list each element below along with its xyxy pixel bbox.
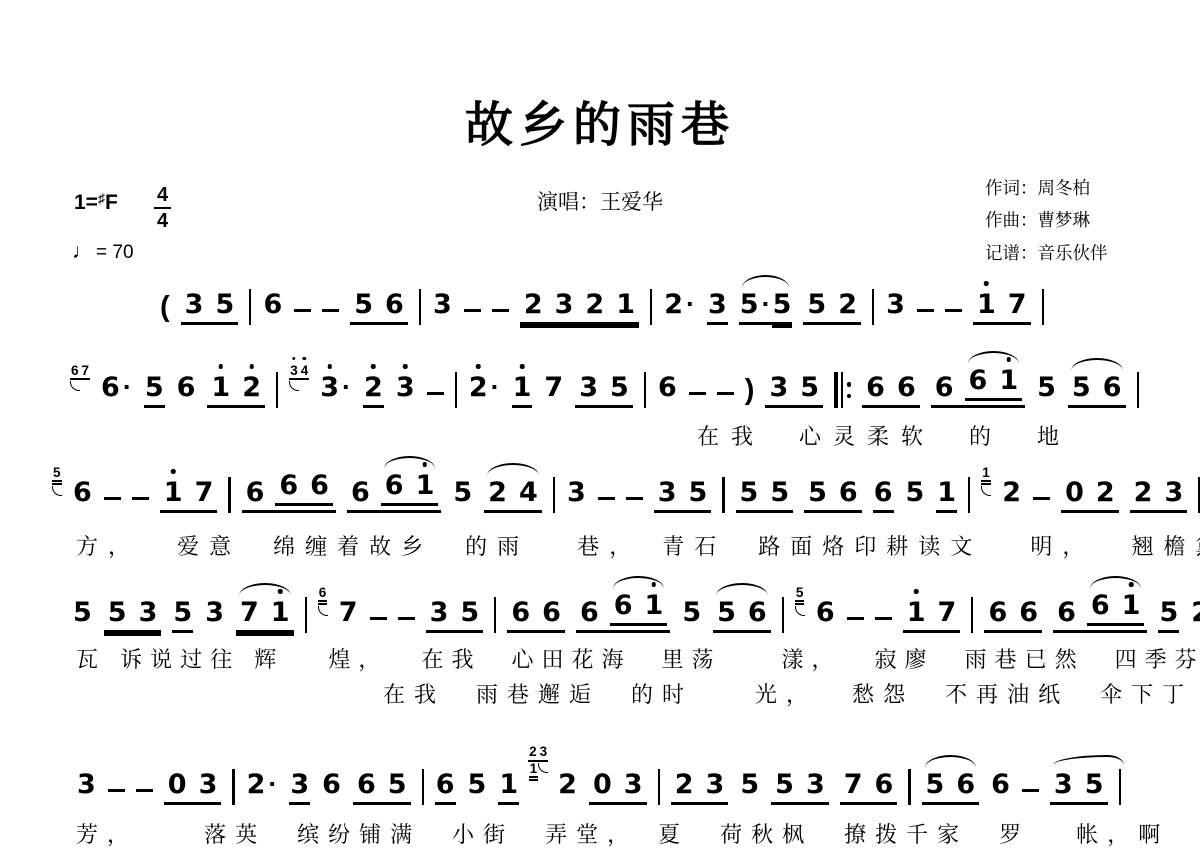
note: 2· <box>468 374 501 408</box>
note: 3 <box>578 374 599 401</box>
note-digit: 1 <box>1122 592 1141 619</box>
barline <box>232 769 234 805</box>
note: 6 <box>815 599 836 633</box>
beam-group: 2321 <box>520 291 639 325</box>
octave-dot <box>278 589 283 594</box>
note-digit: 3 <box>139 599 158 626</box>
grace-note: 1 <box>982 466 990 480</box>
note: 6 <box>541 599 562 626</box>
note: 6 <box>613 592 634 619</box>
note-digit: 2 <box>675 771 694 798</box>
note-digit: 5 <box>173 599 192 626</box>
lyricist-credit: 作词：周冬柏 <box>985 172 1108 204</box>
note: 7 <box>937 599 958 626</box>
note: 5 <box>739 479 760 506</box>
note: 5 <box>739 771 760 805</box>
note: 3 <box>1163 479 1184 506</box>
song-title: 故乡的雨巷 <box>0 86 1200 155</box>
augmentation-dot: · <box>491 374 500 401</box>
slur-group: 56 <box>1068 374 1126 408</box>
beam-group: 17 <box>903 599 961 633</box>
grace-note-stack: 231 <box>528 745 548 781</box>
note-digit: 6 <box>988 599 1007 626</box>
lyrics-line-2: 方， 爱意 绵缠着故乡 的雨 巷， 青石 路面烙印耕读文 明， 翘檐黛 <box>76 530 1200 561</box>
dash-extension <box>1033 497 1050 500</box>
beam-group: 61 <box>965 367 1023 401</box>
note: 7 <box>239 599 260 626</box>
note: 1 <box>1121 592 1142 619</box>
fraction-line <box>154 207 171 209</box>
note-digit: 5 <box>770 479 789 506</box>
beam-group: 02 <box>1061 479 1119 513</box>
beam-group: 56 <box>1068 374 1126 408</box>
note-digit: 6 <box>839 479 858 506</box>
grace-hook <box>289 381 299 391</box>
note-digit: 6 <box>310 472 329 499</box>
barline <box>1119 769 1121 805</box>
note: 5 <box>799 374 820 401</box>
grace-note: 5 <box>53 466 61 480</box>
note: 3 <box>395 374 416 408</box>
note: 5 <box>681 599 702 633</box>
dash-extension <box>464 309 481 312</box>
note: 1 <box>998 367 1019 394</box>
parenthesis: ) <box>745 376 755 405</box>
note: 7 <box>338 599 359 633</box>
beam-group: 53 <box>771 771 829 805</box>
grace-note: 6 <box>319 586 327 600</box>
note: 5 <box>1071 374 1092 401</box>
note: 6 <box>990 771 1011 805</box>
note-digit: 6 <box>73 479 92 506</box>
note-digit: 5 <box>906 479 925 506</box>
note-digit: 1 <box>645 592 664 619</box>
note: 6 <box>657 374 678 408</box>
note-digit: 5 <box>773 291 792 318</box>
note-digit: 5 <box>1085 771 1104 798</box>
grace-digits: 5 <box>52 466 62 486</box>
dash-extension <box>398 617 415 620</box>
octave-dot <box>423 462 428 467</box>
note: 3 <box>566 479 587 513</box>
note-digit: 6 <box>177 374 196 401</box>
note-digit: 5 <box>1159 599 1178 626</box>
note-digit: 6 <box>357 771 376 798</box>
dash-extension <box>717 392 734 395</box>
note: 6 <box>350 479 371 506</box>
note-digit: 6 <box>897 374 916 401</box>
note: 1 <box>512 374 533 408</box>
beam-group: 66 <box>275 472 333 506</box>
note: 0 <box>167 771 188 798</box>
notation-line-4: 55353716735666615565617666615234 <box>72 589 1200 633</box>
note: 2 <box>1001 479 1022 513</box>
note-digit: 2 <box>1002 479 1021 506</box>
beam-group: 17 <box>160 479 218 513</box>
note: 5 <box>806 291 827 318</box>
grace-hook <box>70 381 80 391</box>
note-digit: 6 <box>816 599 835 626</box>
sheet-music-page: 故乡的雨巷 演唱：王爱华 作词：周冬柏 作曲：曹梦琳 记谱：音乐伙伴 1=♯F … <box>0 0 1200 850</box>
dash-extension <box>132 497 149 500</box>
grace-digits: 1 <box>981 466 991 486</box>
beam-group: 66 <box>984 599 1042 633</box>
beam-group: 55 <box>736 479 794 513</box>
note: 6 <box>865 374 886 401</box>
repeat-dots <box>847 382 852 398</box>
note: 3 <box>289 771 310 805</box>
note-digit: 6 <box>246 479 265 506</box>
note: 3 <box>138 599 159 626</box>
beam-group: 66 <box>862 374 920 408</box>
note-digit: 6 <box>1091 592 1110 619</box>
beam-group: 56 <box>713 599 771 633</box>
note-digit: 1 <box>616 291 635 318</box>
note: 5 <box>72 599 93 633</box>
note: 2 <box>241 374 262 401</box>
note-digit: 6 <box>1019 599 1038 626</box>
note-digit: 6 <box>1103 374 1122 401</box>
repeat-thick-bar <box>834 372 838 408</box>
dash-extension <box>626 497 643 500</box>
note-digit: 3 <box>185 291 204 318</box>
note: 2 <box>674 771 695 798</box>
note-digit: 3 <box>708 291 727 318</box>
beam-group: 76 <box>840 771 898 805</box>
note: 2 <box>1095 479 1116 506</box>
note-digit: 3 <box>706 771 725 798</box>
barline <box>249 289 251 325</box>
note-digit: 5 <box>354 291 373 318</box>
barline <box>494 597 496 633</box>
grace-note: 7 <box>82 364 90 378</box>
note: 0 <box>1064 479 1085 506</box>
octave-dot <box>984 281 989 286</box>
note: 1 <box>936 479 957 513</box>
note-digit: 3 <box>433 291 452 318</box>
dash-extension <box>847 617 864 620</box>
note: 6 <box>1018 599 1039 626</box>
note: 3 <box>623 771 644 798</box>
note: 2· <box>246 771 279 805</box>
note-digit: 2 <box>488 479 507 506</box>
barline <box>276 372 278 408</box>
augmentation-dot: · <box>268 771 277 798</box>
lyrics-line-4: 在我 雨巷邂逅 的时 光， 愁怨 不再油纸 伞下丁 <box>383 678 1193 709</box>
grace-note: 6 <box>71 364 79 378</box>
note: 5 <box>1084 771 1105 798</box>
note-digit: 3 <box>396 374 415 401</box>
note: 5 <box>459 599 480 626</box>
note: 6 <box>245 479 266 506</box>
octave-dot <box>403 364 408 369</box>
note-digit: 7 <box>240 599 259 626</box>
time-signature-top: 4 <box>157 184 168 206</box>
note-digit: 5 <box>108 599 127 626</box>
octave-dot <box>292 357 296 361</box>
octave-dot <box>914 589 919 594</box>
grace-bottom-row: 1 <box>529 762 549 782</box>
note-digit: 0 <box>593 771 612 798</box>
note-digit: 3 <box>624 771 643 798</box>
slur-group: 61 <box>1087 592 1145 626</box>
note: 1 <box>615 291 636 318</box>
note: 3 <box>805 771 826 798</box>
note: 1 <box>270 599 291 626</box>
octave-dot <box>171 469 176 474</box>
time-signature-bottom: 4 <box>157 210 168 232</box>
note-digit: 3 <box>1054 771 1073 798</box>
note-digit: 2 <box>838 291 857 318</box>
note-digit: 6 <box>263 291 282 318</box>
beam-group: 35 <box>1050 771 1108 805</box>
note: 2 <box>584 291 605 318</box>
dash-extension <box>108 789 125 792</box>
note: 3 <box>554 291 575 318</box>
beam-group: 23 <box>1130 479 1188 513</box>
slur-group: 71 <box>236 599 294 633</box>
key-letter: F <box>105 191 118 214</box>
beam-group: 71 <box>236 599 294 633</box>
note-digit: 6 <box>542 599 561 626</box>
note-digit: 6 <box>748 599 767 626</box>
note-digit: 5 <box>610 374 629 401</box>
note-digit: 5 <box>807 291 826 318</box>
note: 5 <box>353 291 374 318</box>
note: 2 <box>837 291 858 318</box>
grace-hook <box>52 486 62 496</box>
time-signature: 4 4 <box>154 184 171 232</box>
note-digit: 2 <box>469 374 488 401</box>
beam-group: 61 <box>381 472 439 506</box>
note: 5 <box>769 479 790 506</box>
beam-group: 17 <box>973 291 1031 325</box>
note-digit: 5 <box>388 771 407 798</box>
note-digit: 2 <box>1096 479 1115 506</box>
note: 5 <box>688 479 709 506</box>
note: 5 <box>609 374 630 401</box>
dash-extension <box>598 497 615 500</box>
beam-group: 56 <box>804 479 862 513</box>
composer-credit: 作曲：曹梦琳 <box>985 204 1108 236</box>
note-digit: 2 <box>364 374 383 401</box>
key-prefix: 1= <box>74 191 98 214</box>
note-digit: 1 <box>416 472 435 499</box>
beam-group: 03 <box>164 771 222 805</box>
quarter-note-icon: ♩ <box>72 240 93 263</box>
repeat-start-sign <box>834 372 851 408</box>
note: 5 <box>144 374 165 408</box>
lyrics-line-3: 瓦 诉说过往 辉 煌， 在我 心田花海 里荡 漾， 寂廖 雨巷已然 四季芬 <box>76 643 1200 674</box>
note: 6 <box>896 374 917 401</box>
lyrics-line-5: 芳， 落英 缤纷铺满 小街 弄堂， 夏 荷秋枫 撩拨千家 罗 帐，啊 <box>76 818 1169 849</box>
beam-group: 35 <box>426 599 484 633</box>
note-digit: 5 <box>73 599 92 626</box>
note-digit: 6 <box>351 479 370 506</box>
beam-group: 661 <box>931 367 1025 408</box>
note-digit: 6 <box>969 367 988 394</box>
note-digit: 6 <box>875 771 894 798</box>
grace-notes: 6 <box>318 586 328 617</box>
note-digit: 6 <box>385 291 404 318</box>
grace-notes: 34 <box>289 364 309 392</box>
note: 2 <box>363 374 384 408</box>
note: 6 <box>934 374 955 401</box>
note-digit: 5 <box>775 771 794 798</box>
notation-line-2: 676·5612343·232·17356)3566661556 <box>70 364 1139 408</box>
slur-group: 24 <box>484 479 542 513</box>
note-digit: 7 <box>938 599 957 626</box>
note-digit: 2 <box>524 291 543 318</box>
note: 3 <box>432 291 453 325</box>
note: 5 <box>172 599 193 633</box>
beam-group: 56 <box>350 291 408 325</box>
note: 6 <box>309 472 330 499</box>
note: 5 <box>774 771 795 798</box>
beam-group: 65 <box>353 771 411 805</box>
augmentation-dot: · <box>762 291 771 318</box>
note: 5 <box>1158 599 1179 633</box>
beam-group: 661 <box>576 592 670 633</box>
note: 3 <box>429 599 450 626</box>
note-digit: 3 <box>579 374 598 401</box>
grace-hook <box>318 606 328 616</box>
note-digit: 7 <box>1008 291 1027 318</box>
note-digit: 6 <box>874 479 893 506</box>
grace-digits: 34 <box>289 364 309 381</box>
note-digit: 2 <box>1191 599 1200 626</box>
augmentation-dot: · <box>686 291 695 318</box>
slur-group: 35 <box>1050 771 1108 805</box>
transcriber-credit: 记谱：音乐伙伴 <box>985 237 1108 269</box>
note-digit: 5 <box>215 291 234 318</box>
note-digit: 2 <box>558 771 577 798</box>
octave-dot <box>1006 357 1011 362</box>
dash-extension <box>875 617 892 620</box>
grace-note: 2 <box>529 745 537 759</box>
note-digit: 7 <box>339 599 358 626</box>
beam-group: 24 <box>484 479 542 513</box>
augmentation-dot: · <box>123 374 132 401</box>
note: 6 <box>176 374 197 408</box>
note: 3 <box>885 291 906 325</box>
note: 6 <box>1090 592 1111 619</box>
beam-group: 35 <box>765 374 823 408</box>
note-digit: 6 <box>1057 599 1076 626</box>
note-digit: 7 <box>195 479 214 506</box>
grace-hook <box>795 606 805 616</box>
note: 1 <box>415 472 436 499</box>
note-digit: 5 <box>453 479 472 506</box>
note: 6 <box>987 599 1008 626</box>
note: 5 <box>772 291 793 325</box>
note: 3 <box>204 599 225 633</box>
note: 5 <box>214 291 235 318</box>
dash-extension <box>322 309 339 312</box>
note-digit: 6 <box>511 599 530 626</box>
note-digit: 3 <box>806 771 825 798</box>
note: 2 <box>523 291 544 318</box>
note-digit: 5 <box>926 771 945 798</box>
note-digit: 4 <box>519 479 538 506</box>
note-digit: 3 <box>567 479 586 506</box>
grace-note: 1 <box>530 762 538 776</box>
note-digit: 6 <box>991 771 1010 798</box>
note-digit: 6 <box>956 771 975 798</box>
note: 6 <box>1102 374 1123 401</box>
octave-dot <box>219 364 224 369</box>
note-digit: 5 <box>800 374 819 401</box>
barline <box>968 477 970 513</box>
octave-dot <box>327 364 332 369</box>
note-digit: 6 <box>279 472 298 499</box>
barline <box>455 372 457 408</box>
beam-group: 56 <box>922 771 980 805</box>
note: 5 <box>807 479 828 506</box>
note: 6 <box>874 771 895 798</box>
note: 4 <box>518 479 539 506</box>
octave-dot <box>371 364 376 369</box>
note-digit: 1 <box>937 479 956 506</box>
note-digit: 3 <box>77 771 96 798</box>
note: 3 <box>1053 771 1074 798</box>
dash-extension <box>689 392 706 395</box>
note: 6 <box>579 599 600 626</box>
note-digit: 5 <box>689 479 708 506</box>
note-digit: 2 <box>585 291 604 318</box>
barline <box>908 769 910 805</box>
note-digit: 5 <box>808 479 827 506</box>
barline <box>644 372 646 408</box>
note: 1 <box>498 771 519 805</box>
note-digit: 6 <box>385 472 404 499</box>
note-digit: 5 <box>1072 374 1091 401</box>
credits-block: 作词：周冬柏 作曲：曹梦琳 记谱：音乐伙伴 <box>985 172 1108 269</box>
note-digit: 6 <box>322 771 341 798</box>
note-digit: 1 <box>271 599 290 626</box>
note: 5 <box>1036 374 1057 408</box>
beam-group: 661 <box>1053 592 1147 633</box>
note-digit: 6 <box>658 374 677 401</box>
grace-notes: 5 <box>795 586 805 617</box>
note-digit: 5 <box>460 599 479 626</box>
parenthesis: ( <box>160 293 170 322</box>
note: 2 <box>487 479 508 506</box>
tempo-value: = 70 <box>96 242 134 263</box>
barline <box>971 597 973 633</box>
note-digit: 2 <box>664 291 683 318</box>
slur-group: 61 <box>610 592 668 626</box>
dash-extension <box>427 392 444 395</box>
note: 6 <box>72 479 93 513</box>
grace-digits: 67 <box>70 364 90 381</box>
note-digit: 2 <box>247 771 266 798</box>
note: 7 <box>843 771 864 798</box>
note: 6 <box>384 472 405 499</box>
beam-group: 66 <box>507 599 565 633</box>
note-digit: 5 <box>468 771 487 798</box>
note: 5 <box>905 479 926 513</box>
beam-group: 666 <box>242 472 336 513</box>
note: 7 <box>194 479 215 506</box>
note: 3 <box>76 771 97 805</box>
note-digit: 1 <box>164 479 183 506</box>
note: 6 <box>321 771 342 805</box>
slur-group: 56 <box>713 599 771 633</box>
note: 3 <box>198 771 219 798</box>
sharp-icon: ♯ <box>98 190 105 206</box>
note-digit: 6 <box>866 374 885 401</box>
